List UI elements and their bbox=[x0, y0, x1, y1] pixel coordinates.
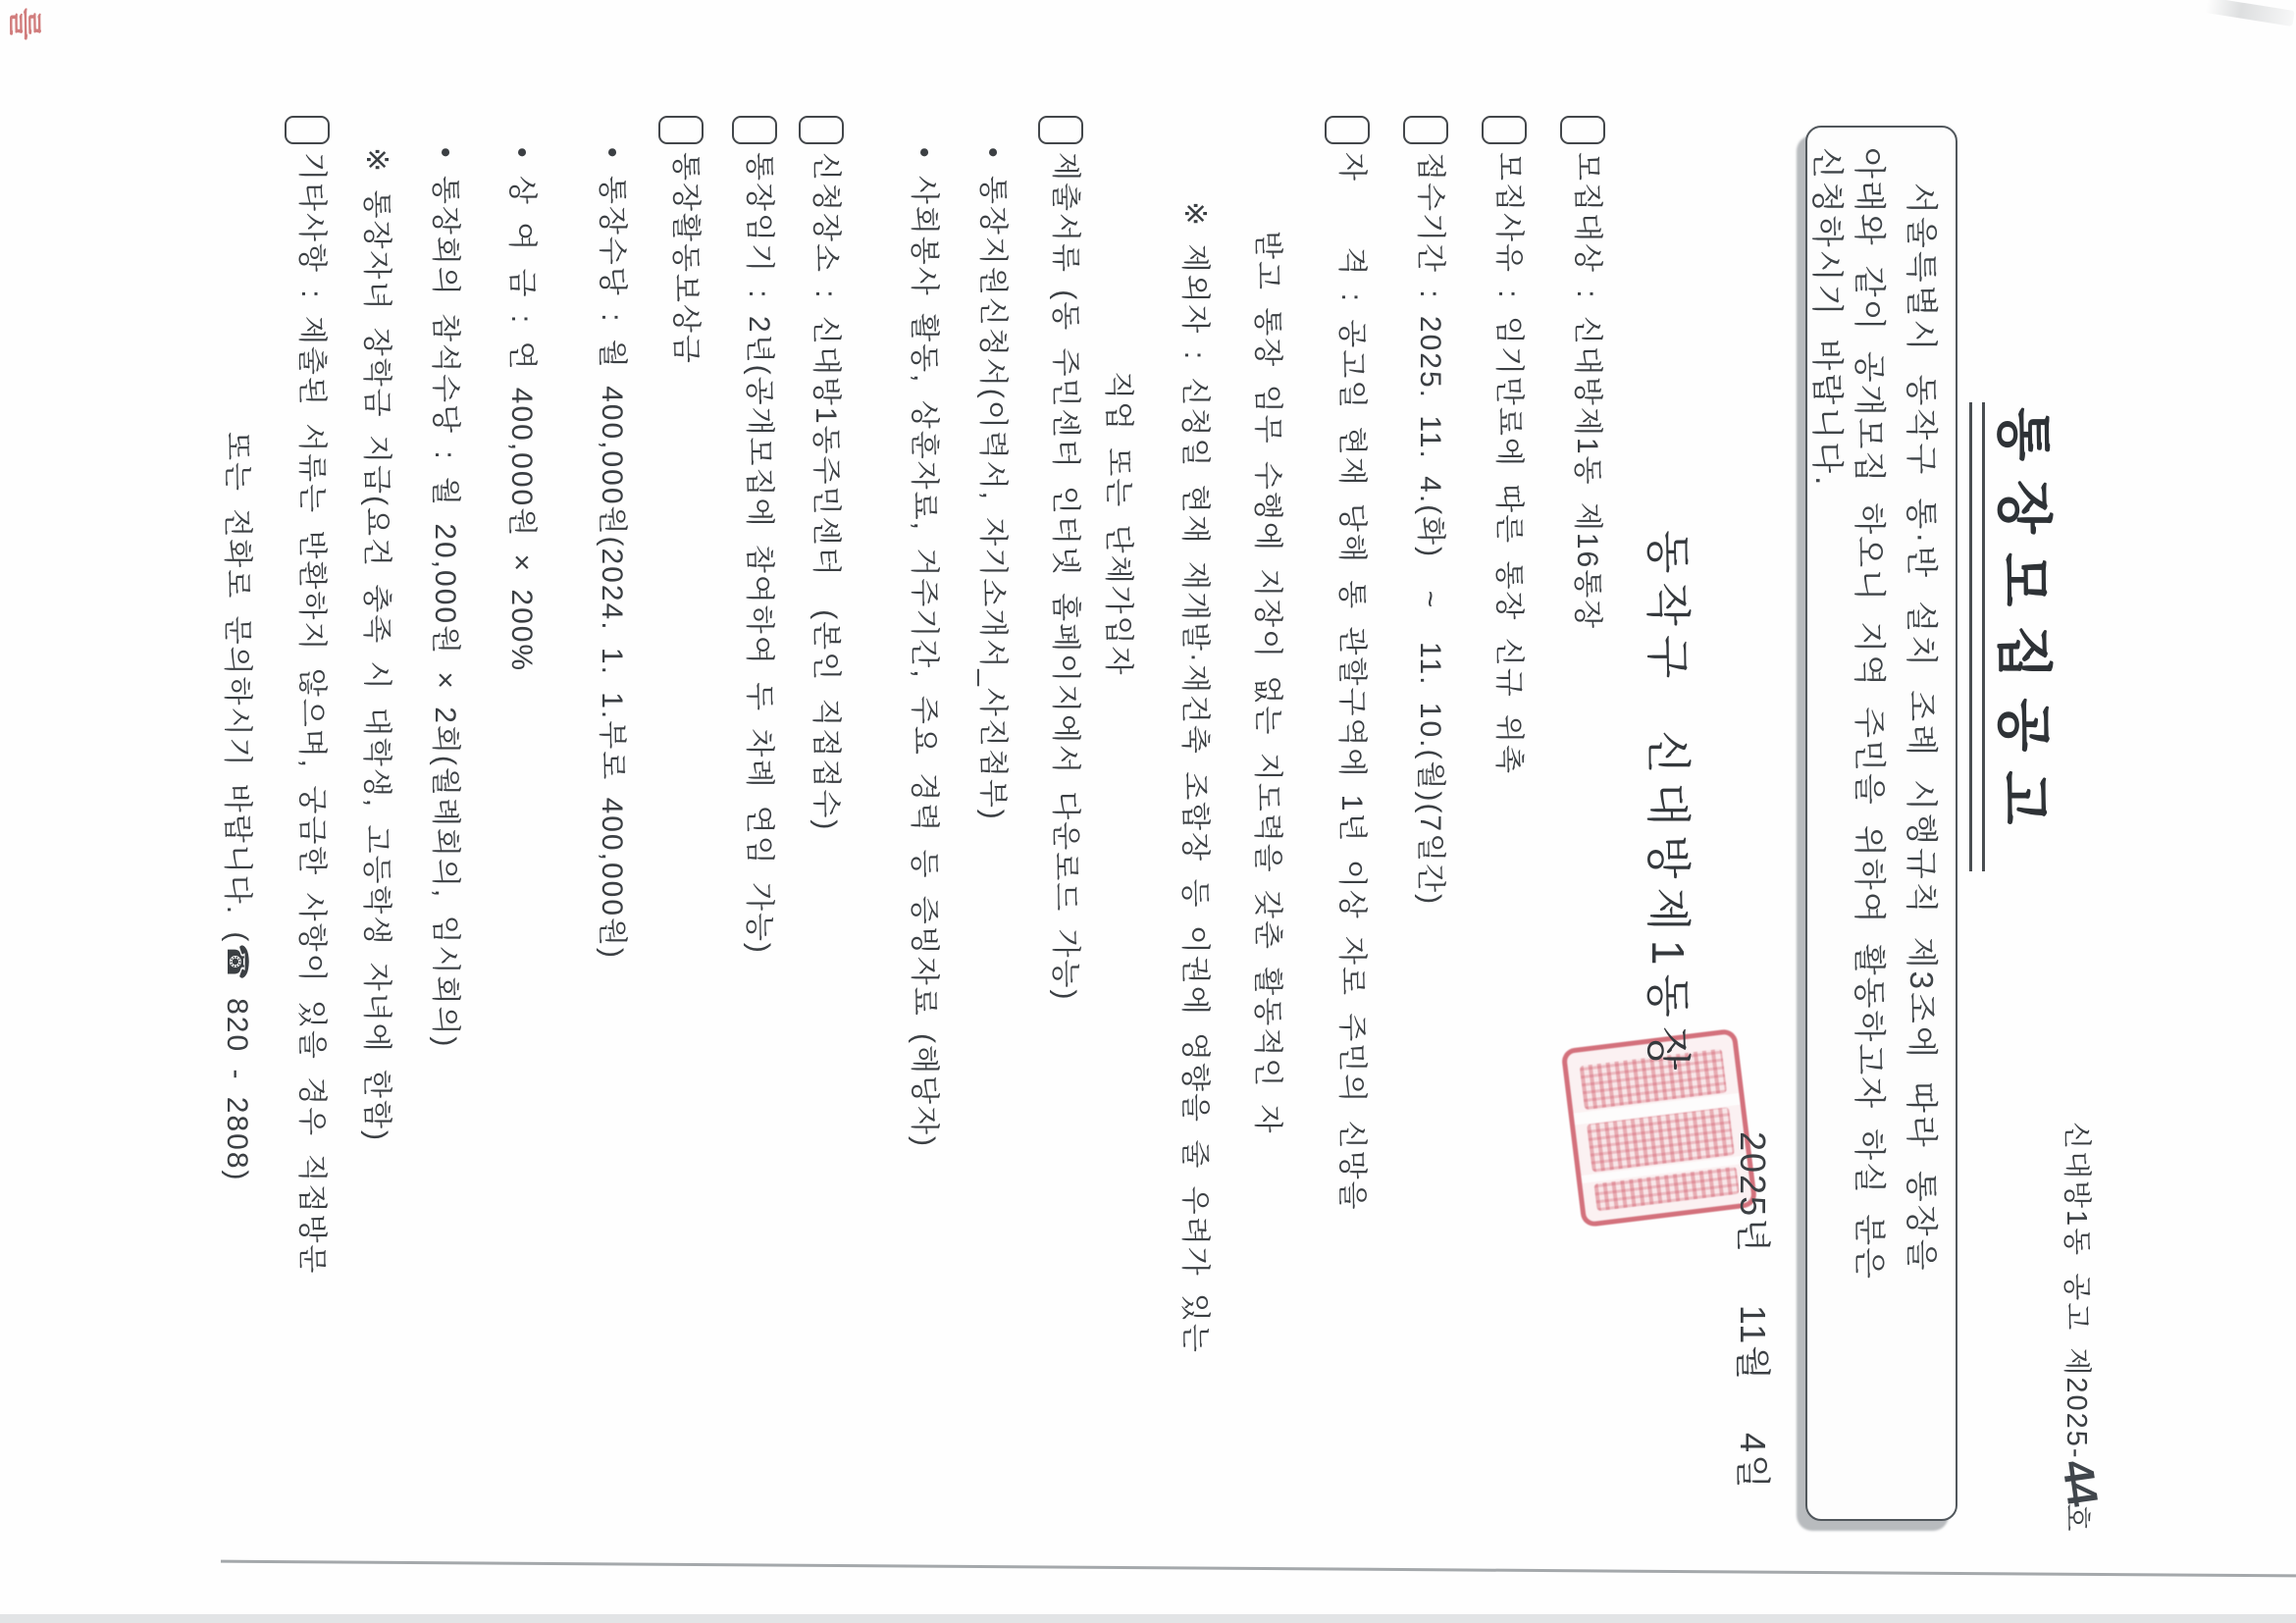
body-line: 기타사항 : 제출된 서류는 반환하지 않으며, 궁금한 사항이 있을 경우 직… bbox=[294, 152, 329, 1275]
body-line: 직업 또는 단체가입자 bbox=[1101, 371, 1135, 677]
checkbox-bullet bbox=[1482, 116, 1527, 144]
body-line: 신청장소 : 신대방1동주민센터 (본인 직접접수) bbox=[809, 152, 843, 831]
date-line: 2025년 11월 4일 bbox=[1733, 1131, 1773, 1491]
checkbox-bullet bbox=[285, 116, 330, 144]
body-line: • 통장회의 참석수당 : 월 20,000원 × 2회(월례회의, 임시회의) bbox=[428, 147, 462, 1048]
body-line: 통장활동보상금 bbox=[668, 152, 703, 365]
notice-title: 통장모집공고 bbox=[1990, 407, 2055, 843]
notice-number: 신대방1동 공고 제2025-44호 bbox=[2056, 1122, 2106, 1533]
body-line: 접수기간 : 2025. 11. 4.(화) ~ 11. 10.(월)(7일간) bbox=[1413, 152, 1447, 906]
scanned-notice-page: 신대방1동 공고 제2025-44호통장모집공고서울특별시 동작구 통·반 설치… bbox=[0, 0, 2296, 1623]
issuer-line: 동작구 신대방제1동장 bbox=[1642, 530, 1694, 1078]
checkbox-bullet bbox=[1038, 116, 1083, 144]
body-line: 제출서류 (동 주민센터 인터넷 홈페이지에서 다운로드 가능) bbox=[1048, 152, 1082, 1002]
scanner-smudge bbox=[2205, 0, 2294, 26]
body-line: • 통장지원신청서(이력서, 자기소개서_사진첨부) bbox=[975, 147, 1010, 821]
intro-line: 서울특별시 동작구 통·반 설치 조례 시행규칙 제3조에 따라 통장을 bbox=[1903, 183, 1940, 1274]
checkbox-bullet bbox=[732, 116, 777, 144]
title-underline bbox=[1969, 402, 1972, 871]
checkbox-bullet bbox=[658, 116, 704, 144]
checkbox-bullet bbox=[1325, 116, 1370, 144]
corner-red-mark: 를 bbox=[5, 8, 43, 42]
body-line: ※ 제외자 : 신청일 현재 재개발·재건축 조합장 등 이권에 영향을 줄 우… bbox=[1177, 201, 1212, 1354]
scan-bottom-band bbox=[0, 1614, 2296, 1623]
notice-number-prefix: 신대방1동 공고 제2025- bbox=[2061, 1122, 2092, 1460]
body-line: 통장임기 : 2년(공개모집에 참여하여 두 차례 연임 가능) bbox=[742, 152, 776, 955]
intro-line: 신청하시기 바랍니다. bbox=[1808, 147, 1846, 488]
scan-edge-line bbox=[221, 1560, 2296, 1578]
body-line: • 통장수당 : 월 400,000원(2024. 1. 1.부로 400,00… bbox=[595, 147, 629, 960]
body-line: 모집대상 : 신대방제1동 제16통장 bbox=[1570, 152, 1604, 630]
checkbox-bullet bbox=[1560, 116, 1605, 144]
body-line: 자 격 : 공고일 현재 당해 통 관할구역에 1년 이상 자로 주민의 신망을 bbox=[1334, 152, 1369, 1212]
notice-number-handwritten: 44 bbox=[2052, 1456, 2107, 1507]
checkbox-bullet bbox=[1403, 116, 1448, 144]
body-line: 또는 전화로 문의하시기 바랍니다. (☎ 820 - 2808) bbox=[220, 432, 254, 1182]
body-line: • 상 여 금 : 연 400,000원 × 200% bbox=[504, 147, 539, 672]
title-underline bbox=[1982, 402, 1985, 871]
checkbox-bullet bbox=[799, 116, 844, 144]
body-line: 모집사유 : 임기만료에 따른 통장 신규 위촉 bbox=[1491, 152, 1526, 775]
intro-line: 아래와 같이 공개모집 하오니 지역 주민을 위하여 활동하고자 하실 분은 bbox=[1851, 147, 1888, 1281]
body-line: 받고 통장 임무 수행에 지장이 없는 지도력을 갖춘 활동적인 자 bbox=[1250, 231, 1284, 1135]
notice-number-suffix: 호 bbox=[2061, 1503, 2092, 1533]
body-line: • 사회봉사 활동, 상훈자료, 거주기간, 주요 경력 등 증빙자료 (해당자… bbox=[907, 147, 941, 1148]
body-line: ※ 통장자녀 장학금 지급(요건 충족 시 대학생, 고등학생 자녀에 한함) bbox=[359, 147, 393, 1142]
